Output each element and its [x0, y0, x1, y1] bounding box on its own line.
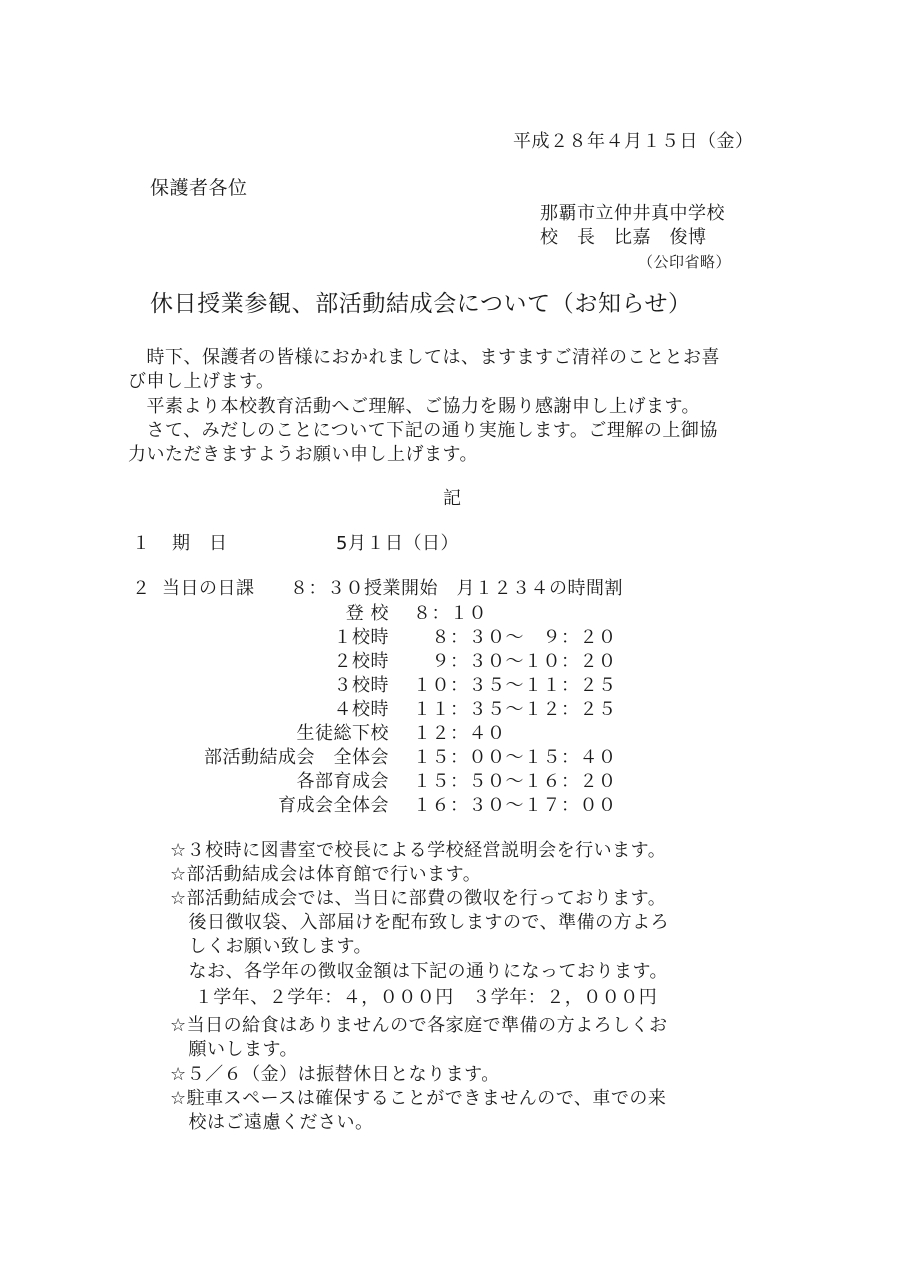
note-line: 願いします。 — [170, 1038, 298, 1062]
ki-heading: 記 — [443, 487, 462, 511]
body-para3-line2: 力いただきますようお願い申し上げます。 — [128, 443, 478, 467]
note-line: ☆３校時に図書室で校長による学校経営説明会を行います。 — [170, 839, 666, 863]
schedule-time: ９：３０～１０：２０ — [413, 650, 617, 674]
issue-date: 平成２８年４月１５日（金） — [513, 130, 754, 154]
schedule-label: ３校時 — [334, 674, 390, 698]
body-para1-line1: 時下、保護者の皆様におかれましては、ますますご清祥のこととお喜 — [128, 346, 720, 370]
note-line: ☆当日の給食はありませんので各家庭で準備の方よろしくお — [170, 1014, 668, 1038]
seal-note: （公印省略） — [638, 250, 731, 274]
schedule-label: 各部育成会 — [297, 770, 390, 794]
note-line: しくお願い致します。 — [170, 935, 372, 959]
item2-label: 当日の日課 — [162, 577, 255, 601]
schedule-time: １５：５０～１６：２０ — [413, 770, 617, 794]
sender-principal: 校 長 比嘉 俊博 — [540, 226, 707, 250]
schedule-time: ８：３０～ ９：２０ — [413, 626, 617, 650]
document-title: 休日授業参観、部活動結成会について（お知らせ） — [150, 292, 692, 316]
schedule-time: １６：３０～１７：００ — [413, 794, 617, 818]
body-para1-line2: び申し上げます。 — [128, 370, 275, 394]
body-para2: 平素より本校教育活動へご理解、ご協力を賜り感謝申し上げます。 — [128, 395, 700, 419]
item1-value: 5月１日（日） — [336, 532, 459, 556]
note-line: なお、各学年の徴収金額は下記の通りになっております。 — [170, 960, 668, 984]
schedule-label: ４校時 — [334, 698, 390, 722]
item1-number: １ — [132, 532, 151, 556]
schedule-time: １１：３５～１２：２５ — [413, 698, 617, 722]
note-line: ☆部活動結成会は体育館で行います。 — [170, 863, 481, 887]
schedule-time: １５：００～１５：４０ — [413, 746, 617, 770]
body-para3-line1: さて、みだしのことについて下記の通り実施します。ご理解の上御協 — [128, 419, 718, 443]
item1-label: 期 日 — [172, 532, 228, 556]
note-line: ☆５／６（金）は振替休日となります。 — [170, 1063, 500, 1087]
note-line: ☆部活動結成会では、当日に部費の徴収を行っております。 — [170, 887, 666, 911]
schedule-label: ２校時 — [334, 650, 390, 674]
item2-number: ２ — [132, 577, 151, 601]
item2-value: ８：３０授業開始 月１２３４の時間割 — [290, 577, 623, 601]
note-line: ☆駐車スペースは確保することができませんので、車での来 — [170, 1087, 666, 1111]
note-line: 後日徴収袋、入部届けを配布致しますので、準備の方よろ — [170, 911, 669, 935]
addressee: 保護者各位 — [150, 176, 248, 200]
note-line: １学年、２学年：４，０００円 ３学年：２，０００円 — [170, 986, 657, 1010]
schedule-time: １２：４０ — [413, 722, 506, 746]
schedule-time: ８：１０ — [413, 602, 487, 626]
sender-school: 那覇市立仲井真中学校 — [540, 202, 725, 226]
schedule-label: １校時 — [334, 626, 390, 650]
schedule-label: 生徒総下校 — [297, 722, 390, 746]
note-line: 校はご遠慮ください。 — [170, 1111, 374, 1135]
schedule-label: 育成会全体会 — [278, 794, 389, 818]
schedule-time: １０：３５～１１：２５ — [413, 674, 617, 698]
schedule-label: 登 校 — [346, 602, 389, 626]
schedule-label: 部活動結成会 全体会 — [204, 746, 389, 770]
